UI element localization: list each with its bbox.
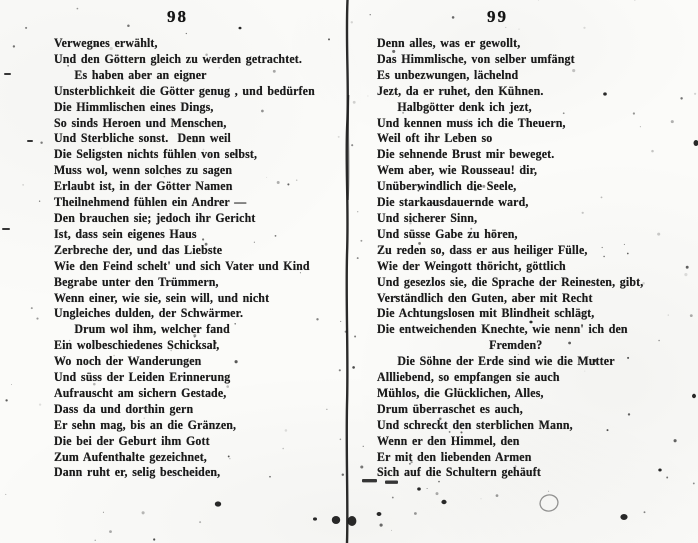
poem-line: Wenn er den Himmel, den — [377, 434, 654, 450]
poem-line: Und gesezlos sie, die Sprache der Reines… — [377, 275, 654, 291]
poem-line: Und Sterbliche sonst. Denn weil — [54, 131, 328, 147]
right-page-text: Denn alles, was er gewollt,Das Himmlisch… — [377, 36, 654, 481]
poem-line: Wie den Feind schelt' und sich Vater und… — [54, 259, 328, 275]
poem-line: Unüberwindlich die Seele, — [377, 179, 654, 195]
poem-line: Wenn einer, wie sie, sein will, und nich… — [54, 291, 328, 307]
poem-line: Begrabe unter den Trümmern, — [54, 275, 328, 291]
poem-line: Dann ruht er, selig bescheiden, — [54, 465, 328, 481]
poem-line: Und sicherer Sinn, — [377, 211, 654, 227]
poem-line: Und süsse Gabe zu hören, — [377, 227, 654, 243]
poem-line: Verwegnes erwählt, — [54, 36, 328, 52]
poem-line: Und schreckt den sterblichen Mann, — [377, 418, 654, 434]
left-page-number: 98 — [167, 7, 188, 27]
poem-line: Allliebend, so empfangen sie auch — [377, 370, 654, 386]
poem-line: Mühlos, die Glücklichen, Alles, — [377, 386, 654, 402]
poem-line: Ein wolbeschiedenes Schicksal, — [54, 338, 328, 354]
poem-line: Halbgötter denk ich jezt, — [397, 100, 654, 116]
poem-line: Sich auf die Schultern gehäuft — [377, 465, 654, 481]
poem-line: Verständlich den Guten, aber mit Recht — [377, 291, 654, 307]
poem-line: Die entweichenden Knechte, wie nenn' ich… — [377, 322, 654, 338]
poem-line: Wo noch der Wanderungen — [54, 354, 328, 370]
poem-line: Und kennen muss ich die Theuern, — [377, 116, 654, 132]
poem-line: Es unbezwungen, lächelnd — [377, 68, 654, 84]
poem-line: Wem aber, wie Rousseau! dir, — [377, 163, 654, 179]
poem-line: Die sehnende Brust mir beweget. — [377, 147, 654, 163]
poem-line: Er mit den liebenden Armen — [377, 450, 654, 466]
poem-line: Und den Göttern gleich zu werden getrach… — [54, 52, 328, 68]
poem-line: So sinds Heroen und Menschen, — [54, 116, 328, 132]
poem-line: Es haben aber an eigner — [74, 68, 327, 84]
poem-line: Die Seligsten nichts fühlen von selbst, — [54, 147, 328, 163]
poem-line: Erlaubt ist, in der Götter Namen — [54, 179, 328, 195]
poem-line: Unsterblichkeit die Götter genug , und b… — [54, 84, 328, 100]
poem-line: Ist, dass sein eigenes Haus — [54, 227, 328, 243]
poem-line: Er sehn mag, bis an die Gränzen, — [54, 418, 328, 434]
poem-line: Denn alles, was er gewollt, — [377, 36, 654, 52]
poem-line: Die bei der Geburt ihm Gott — [54, 434, 328, 450]
book-scan: 98 Verwegnes erwählt,Und den Göttern gle… — [0, 0, 698, 543]
poem-line: Jezt, da er ruhet, den Kühnen. — [377, 84, 654, 100]
poem-line: Den brauchen sie; jedoch ihr Gericht — [54, 211, 328, 227]
poem-line: Zerbreche der, und das Liebste — [54, 243, 328, 259]
poem-line: Muss wol, wenn solches zu sagen — [54, 163, 328, 179]
poem-line: Weil oft ihr Leben so — [377, 131, 654, 147]
poem-line: Wie der Weingott thöricht, göttlich — [377, 259, 654, 275]
poem-line: Die starkausdauernde ward, — [377, 195, 654, 211]
poem-line: Und süss der Leiden Erinnerung — [54, 370, 328, 386]
poem-line: Das Himmlische, von selber umfängt — [377, 52, 654, 68]
poem-line: Die Söhne der Erde sind wie die Mutter — [397, 354, 654, 370]
poem-line: Zu reden so, dass er aus heiliger Fülle, — [377, 243, 654, 259]
right-page-number: 99 — [487, 7, 508, 27]
poem-line: Theilnehmend fühlen ein Andrer — — [54, 195, 328, 211]
poem-line: Aufrauscht am sichern Gestade, — [54, 386, 328, 402]
poem-line: Drum überraschet es auch, — [377, 402, 654, 418]
poem-line: Ungleiches dulden, der Schwärmer. — [54, 306, 328, 322]
poem-line: Drum wol ihm, welcher fand — [74, 322, 327, 338]
poem-line: Fremden? — [377, 338, 654, 354]
poem-line: Dass da und dorthin gern — [54, 402, 328, 418]
poem-line: Zum Aufenthalte gezeichnet, — [54, 450, 328, 466]
poem-line: Die Achtungslosen mit Blindheit schlägt, — [377, 306, 654, 322]
left-page-text: Verwegnes erwählt,Und den Göttern gleich… — [54, 36, 328, 481]
poem-line: Die Himmlischen eines Dings, — [54, 100, 328, 116]
